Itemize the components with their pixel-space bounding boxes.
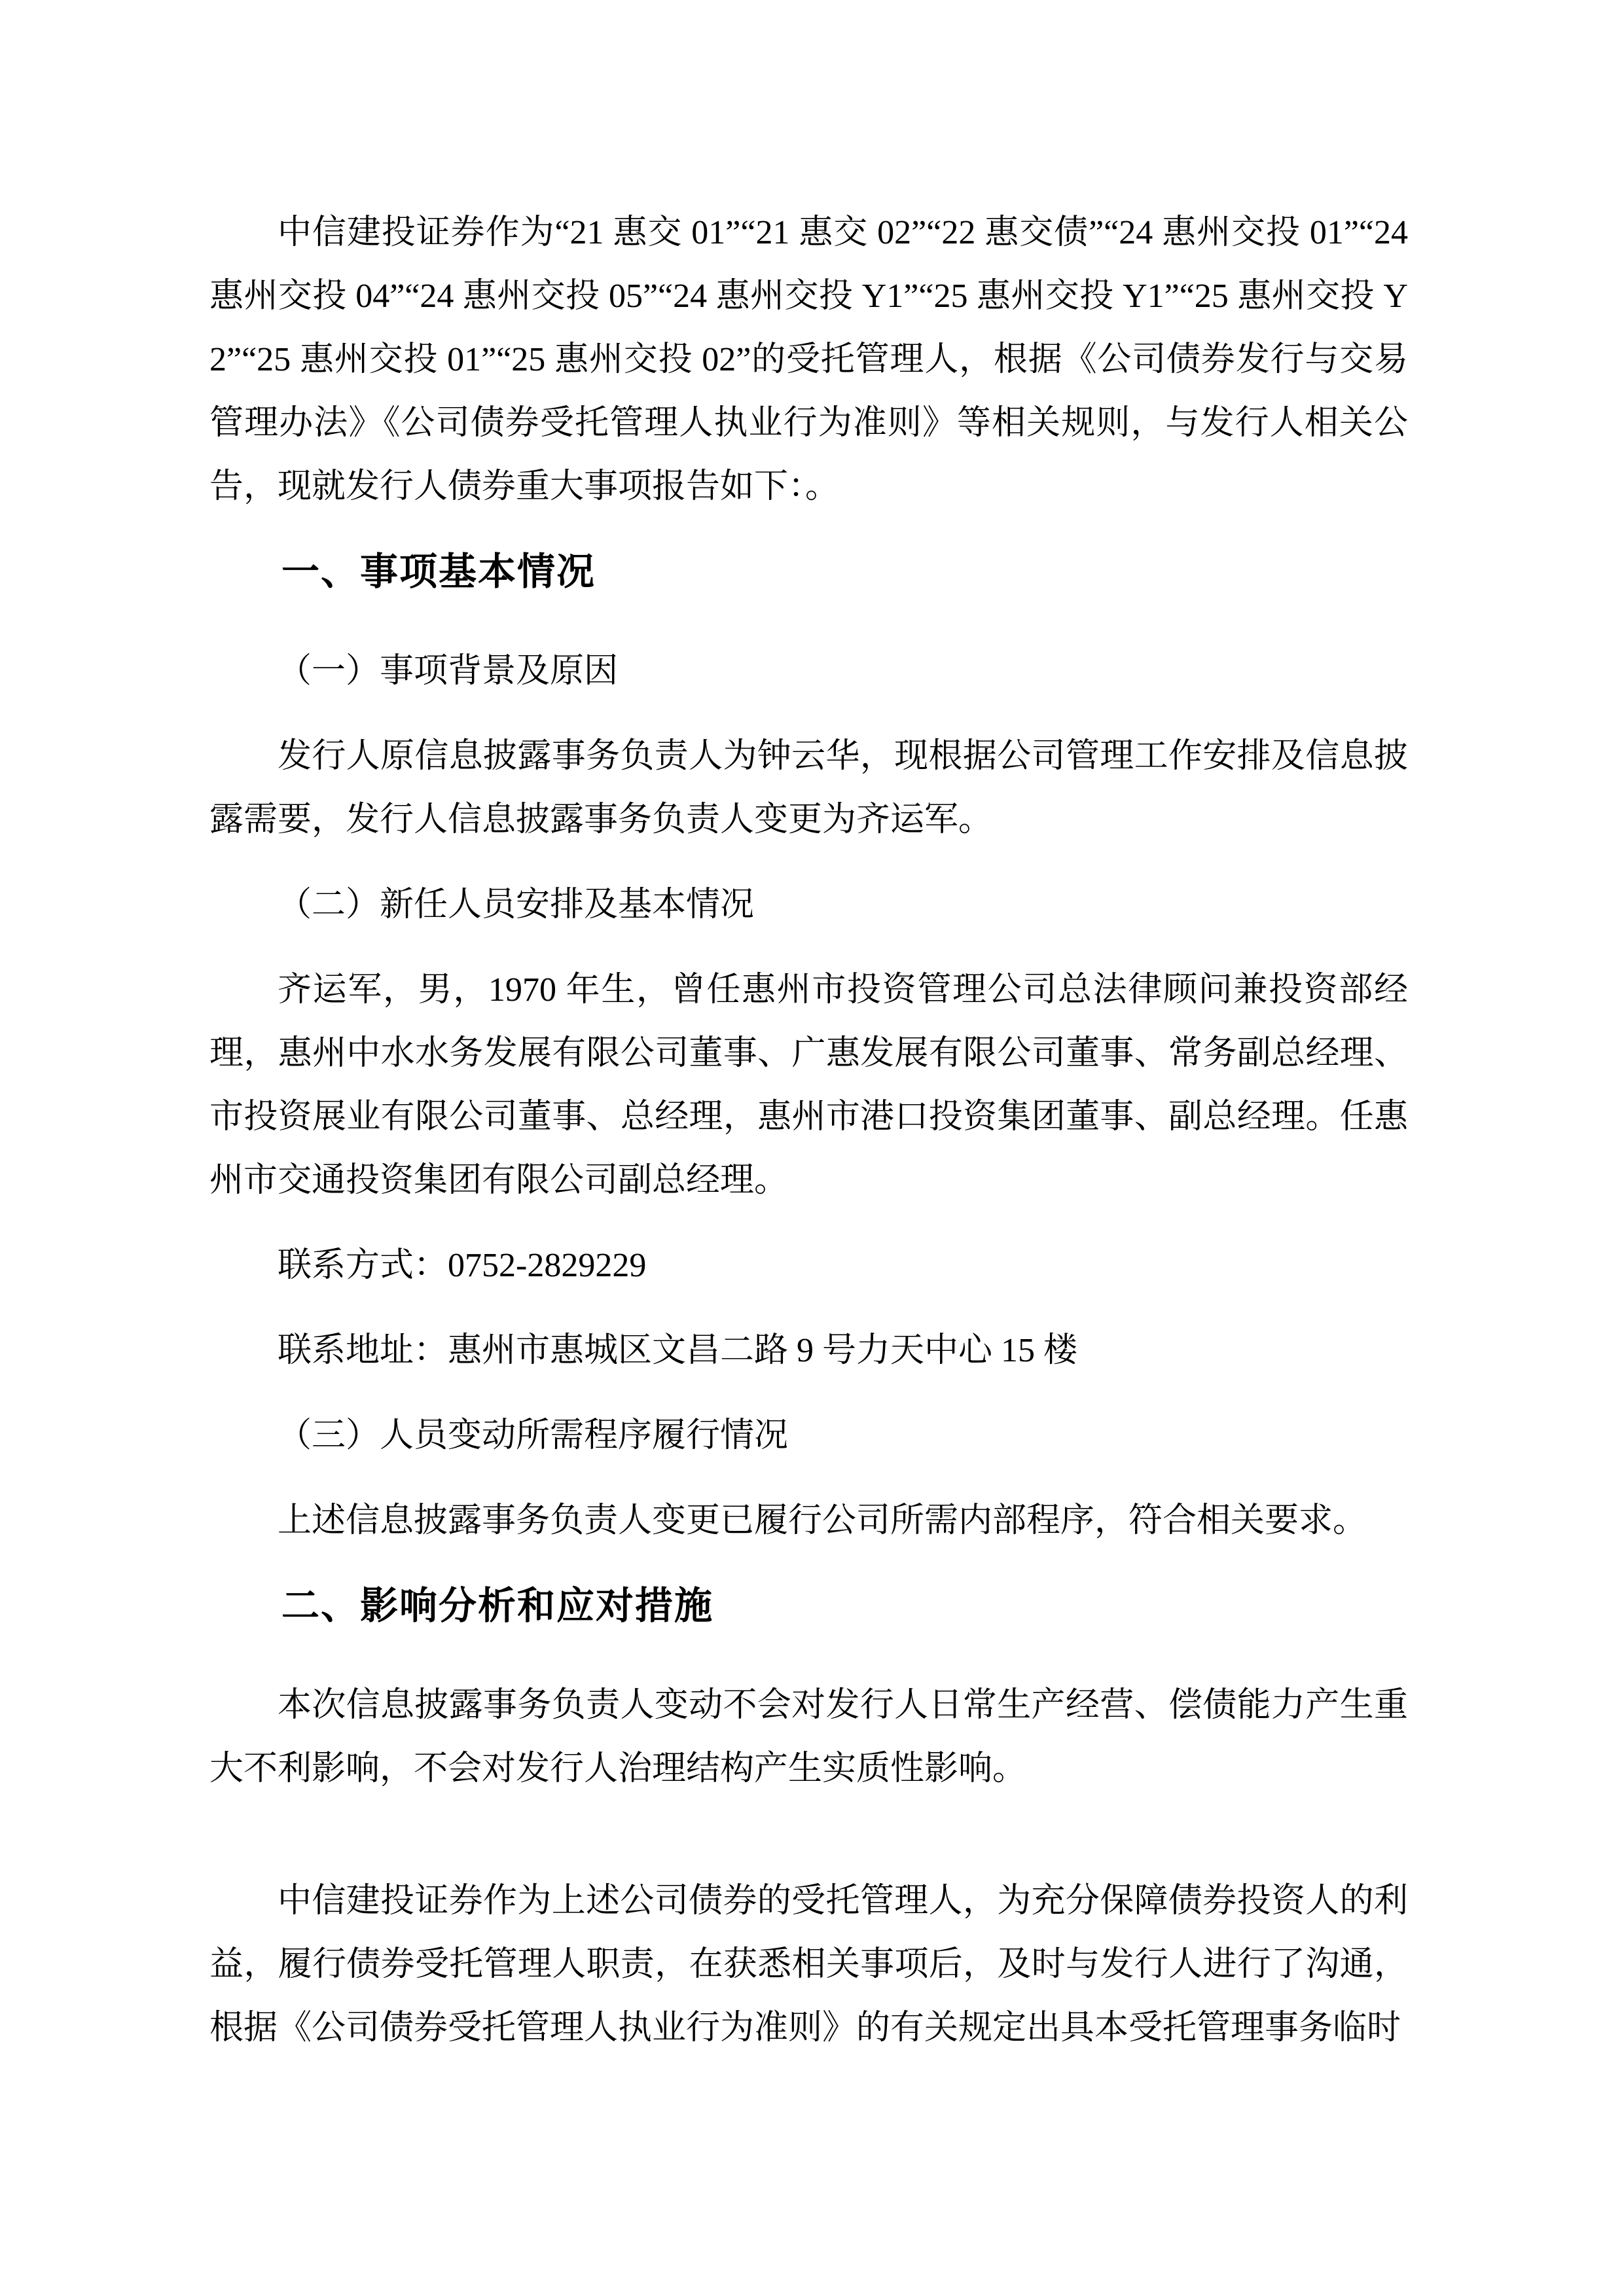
section-1-sub-3-heading: （三）人员变动所需程序履行情况 bbox=[209, 1404, 1408, 1467]
intro-paragraph: 中信建投证券作为“21 惠交 01”“21 惠交 02”“22 惠交债”“24 … bbox=[209, 201, 1408, 518]
section-2-paragraph-1: 本次信息披露事务负责人变动不会对发行人日常生产经营、偿债能力产生重大不利影响，不… bbox=[209, 1674, 1408, 1801]
section-1-sub-2-heading: （二）新任人员安排及基本情况 bbox=[209, 873, 1408, 937]
section-1-sub-1-heading: （一）事项背景及原因 bbox=[209, 639, 1408, 703]
section-1-sub-2-paragraph: 齐运军，男，1970 年生，曾任惠州市投资管理公司总法律顾问兼投资部经理，惠州中… bbox=[209, 958, 1408, 1212]
section-1-sub-3-paragraph: 上述信息披露事务负责人变更已履行公司所需内部程序，符合相关要求。 bbox=[209, 1489, 1408, 1552]
contact-address-line: 联系地址：惠州市惠城区文昌二路 9 号力天中心 15 楼 bbox=[209, 1319, 1408, 1382]
section-2-paragraph-2: 中信建投证券作为上述公司债券的受托管理人，为充分保障债券投资人的利益，履行债券受… bbox=[209, 1869, 1408, 2060]
contact-phone-line: 联系方式：0752-2829229 bbox=[209, 1234, 1408, 1297]
section-1-sub-1-paragraph: 发行人原信息披露事务负责人为钟云华，现根据公司管理工作安排及信息披露需要，发行人… bbox=[209, 725, 1408, 852]
paragraph-break bbox=[209, 1822, 1408, 1869]
section-2-heading: 二、影响分析和应对措施 bbox=[209, 1574, 1408, 1638]
section-1-heading: 一、事项基本情况 bbox=[209, 540, 1408, 603]
document-page: 中信建投证券作为“21 惠交 01”“21 惠交 02”“22 惠交债”“24 … bbox=[0, 0, 1624, 2296]
